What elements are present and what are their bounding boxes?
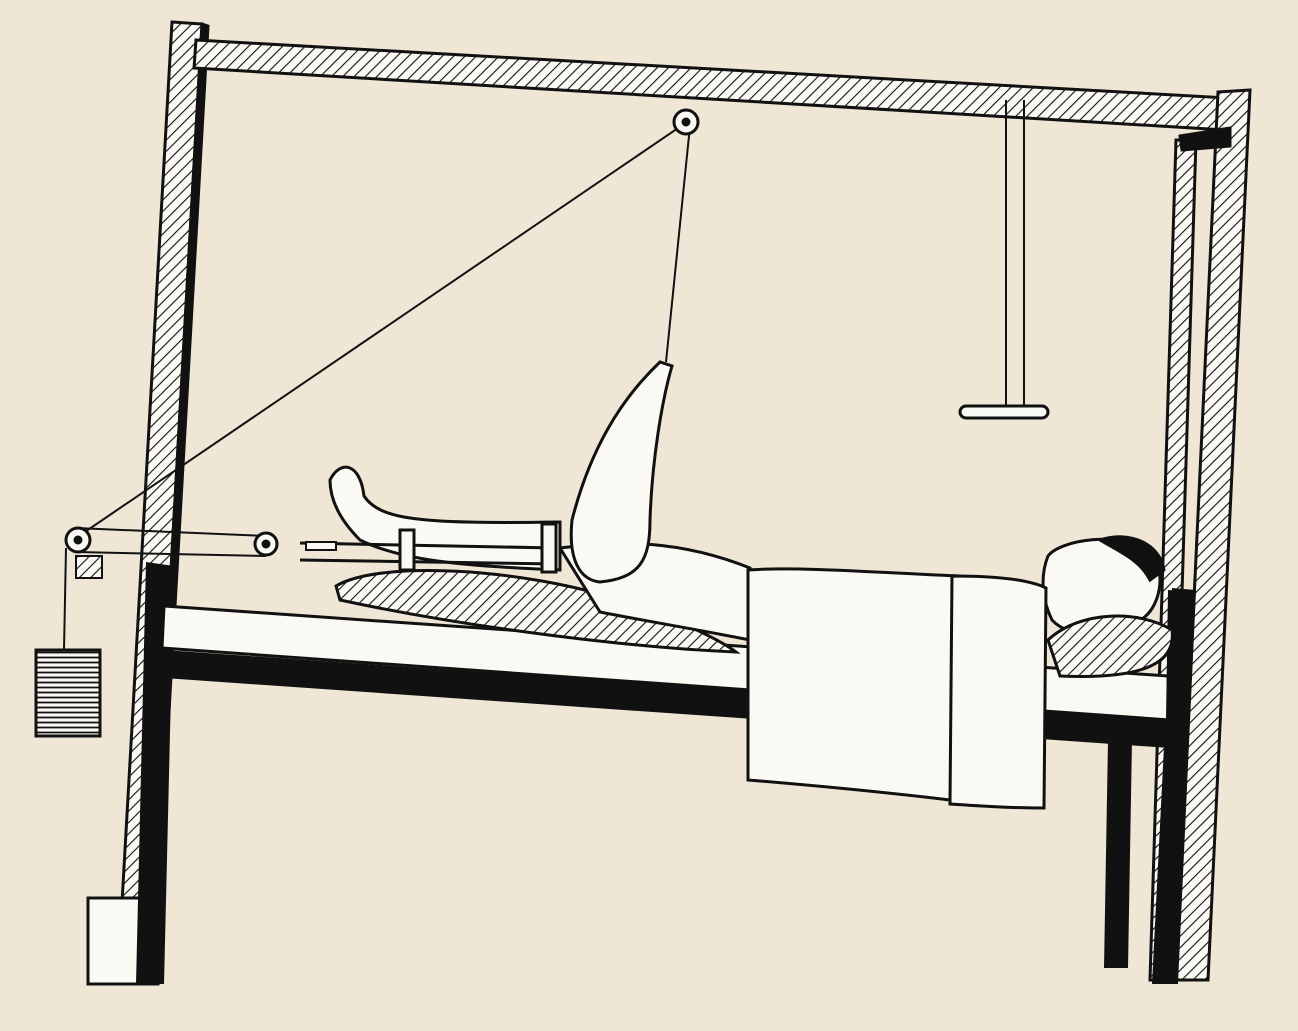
traction-bed-drawing <box>0 0 1298 1031</box>
illustration <box>0 0 1298 1031</box>
counterweight <box>36 650 100 736</box>
blanket <box>748 569 1046 808</box>
trapeze-bar <box>960 406 1048 418</box>
pulley-bracket <box>76 556 102 578</box>
traction-bar <box>306 542 336 550</box>
